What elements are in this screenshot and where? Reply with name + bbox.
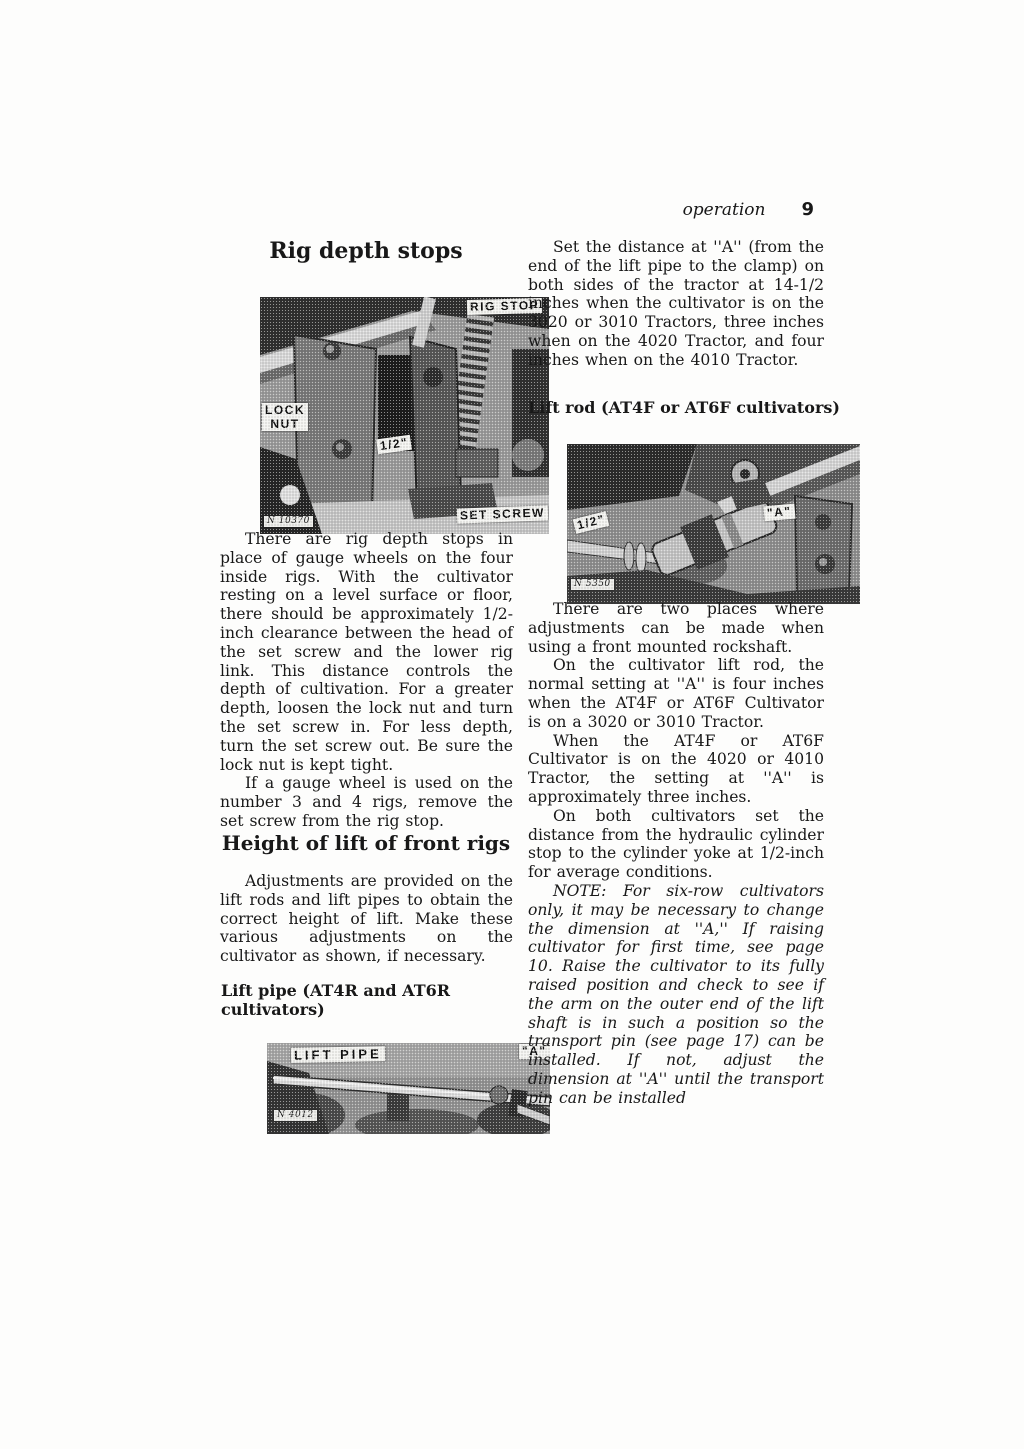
manual-page: operation 9 Rig depth stops [0, 0, 1024, 1449]
paragraph-height-of-lift: Adjustments are provided on the lift rod… [220, 872, 513, 966]
set-distance-text: Set the distance at ''A'' (from the end … [528, 238, 824, 370]
lift-rod-text: There are two places where adjustments c… [528, 600, 824, 1108]
rig-depth-text: There are rig depth stops in place of ga… [220, 530, 513, 831]
photo-lift-pipe: LIFT PIPE "A" N 4012 [267, 1043, 550, 1134]
paragraph-set-distance: Set the distance at ''A'' (from the end … [528, 238, 824, 370]
paragraph-rig-depth-2: If a gauge wheel is used on the number 3… [220, 774, 513, 830]
paragraph-rig-depth-1: There are rig depth stops in place of ga… [220, 530, 513, 774]
paragraph-lift-rod-2: On the cultivator lift rod, the normal s… [528, 656, 824, 731]
running-head-section: operation [683, 200, 766, 220]
note-six-row-cultivators: NOTE: For six-row cultivators only, it m… [528, 882, 824, 1108]
paragraph-lift-rod-3: When the AT4F or AT6F Cultivator is on t… [528, 732, 824, 807]
photo-label-set-screw: SET SCREW [457, 505, 548, 523]
heading-rig-depth-stops: Rig depth stops [220, 238, 512, 264]
photo-lift-rod: 1/2" "A" N 5350 [567, 444, 860, 604]
paragraph-lift-rod-1: There are two places where adjustments c… [528, 600, 824, 656]
running-head: operation 9 [528, 199, 814, 220]
photo-id-lift-rod: N 5350 [571, 579, 614, 590]
photo-rig-depth-stops: RIG STOP LOCK NUT 1/2" SET SCREW N 10370 [260, 297, 549, 534]
photo-label-lock-nut: LOCK NUT [262, 403, 308, 431]
photo-id-rig-depth: N 10370 [264, 516, 313, 527]
heading-height-of-lift: Height of lift of front rigs [220, 831, 512, 855]
photo-label-a: "A" [763, 504, 795, 522]
subheading-lift-pipe: Lift pipe (AT4R and AT6R cultivators) [221, 981, 513, 1019]
photo-id-lift-pipe: N 4012 [274, 1110, 317, 1121]
paragraph-lift-rod-4: On both cultivators set the distance fro… [528, 807, 824, 882]
page-number: 9 [801, 199, 814, 220]
height-of-lift-text: Adjustments are provided on the lift rod… [220, 872, 513, 966]
photo-label-lift-pipe: LIFT PIPE [291, 1046, 385, 1063]
subheading-lift-rod: Lift rod (AT4F or AT6F cultivators) [528, 398, 828, 417]
